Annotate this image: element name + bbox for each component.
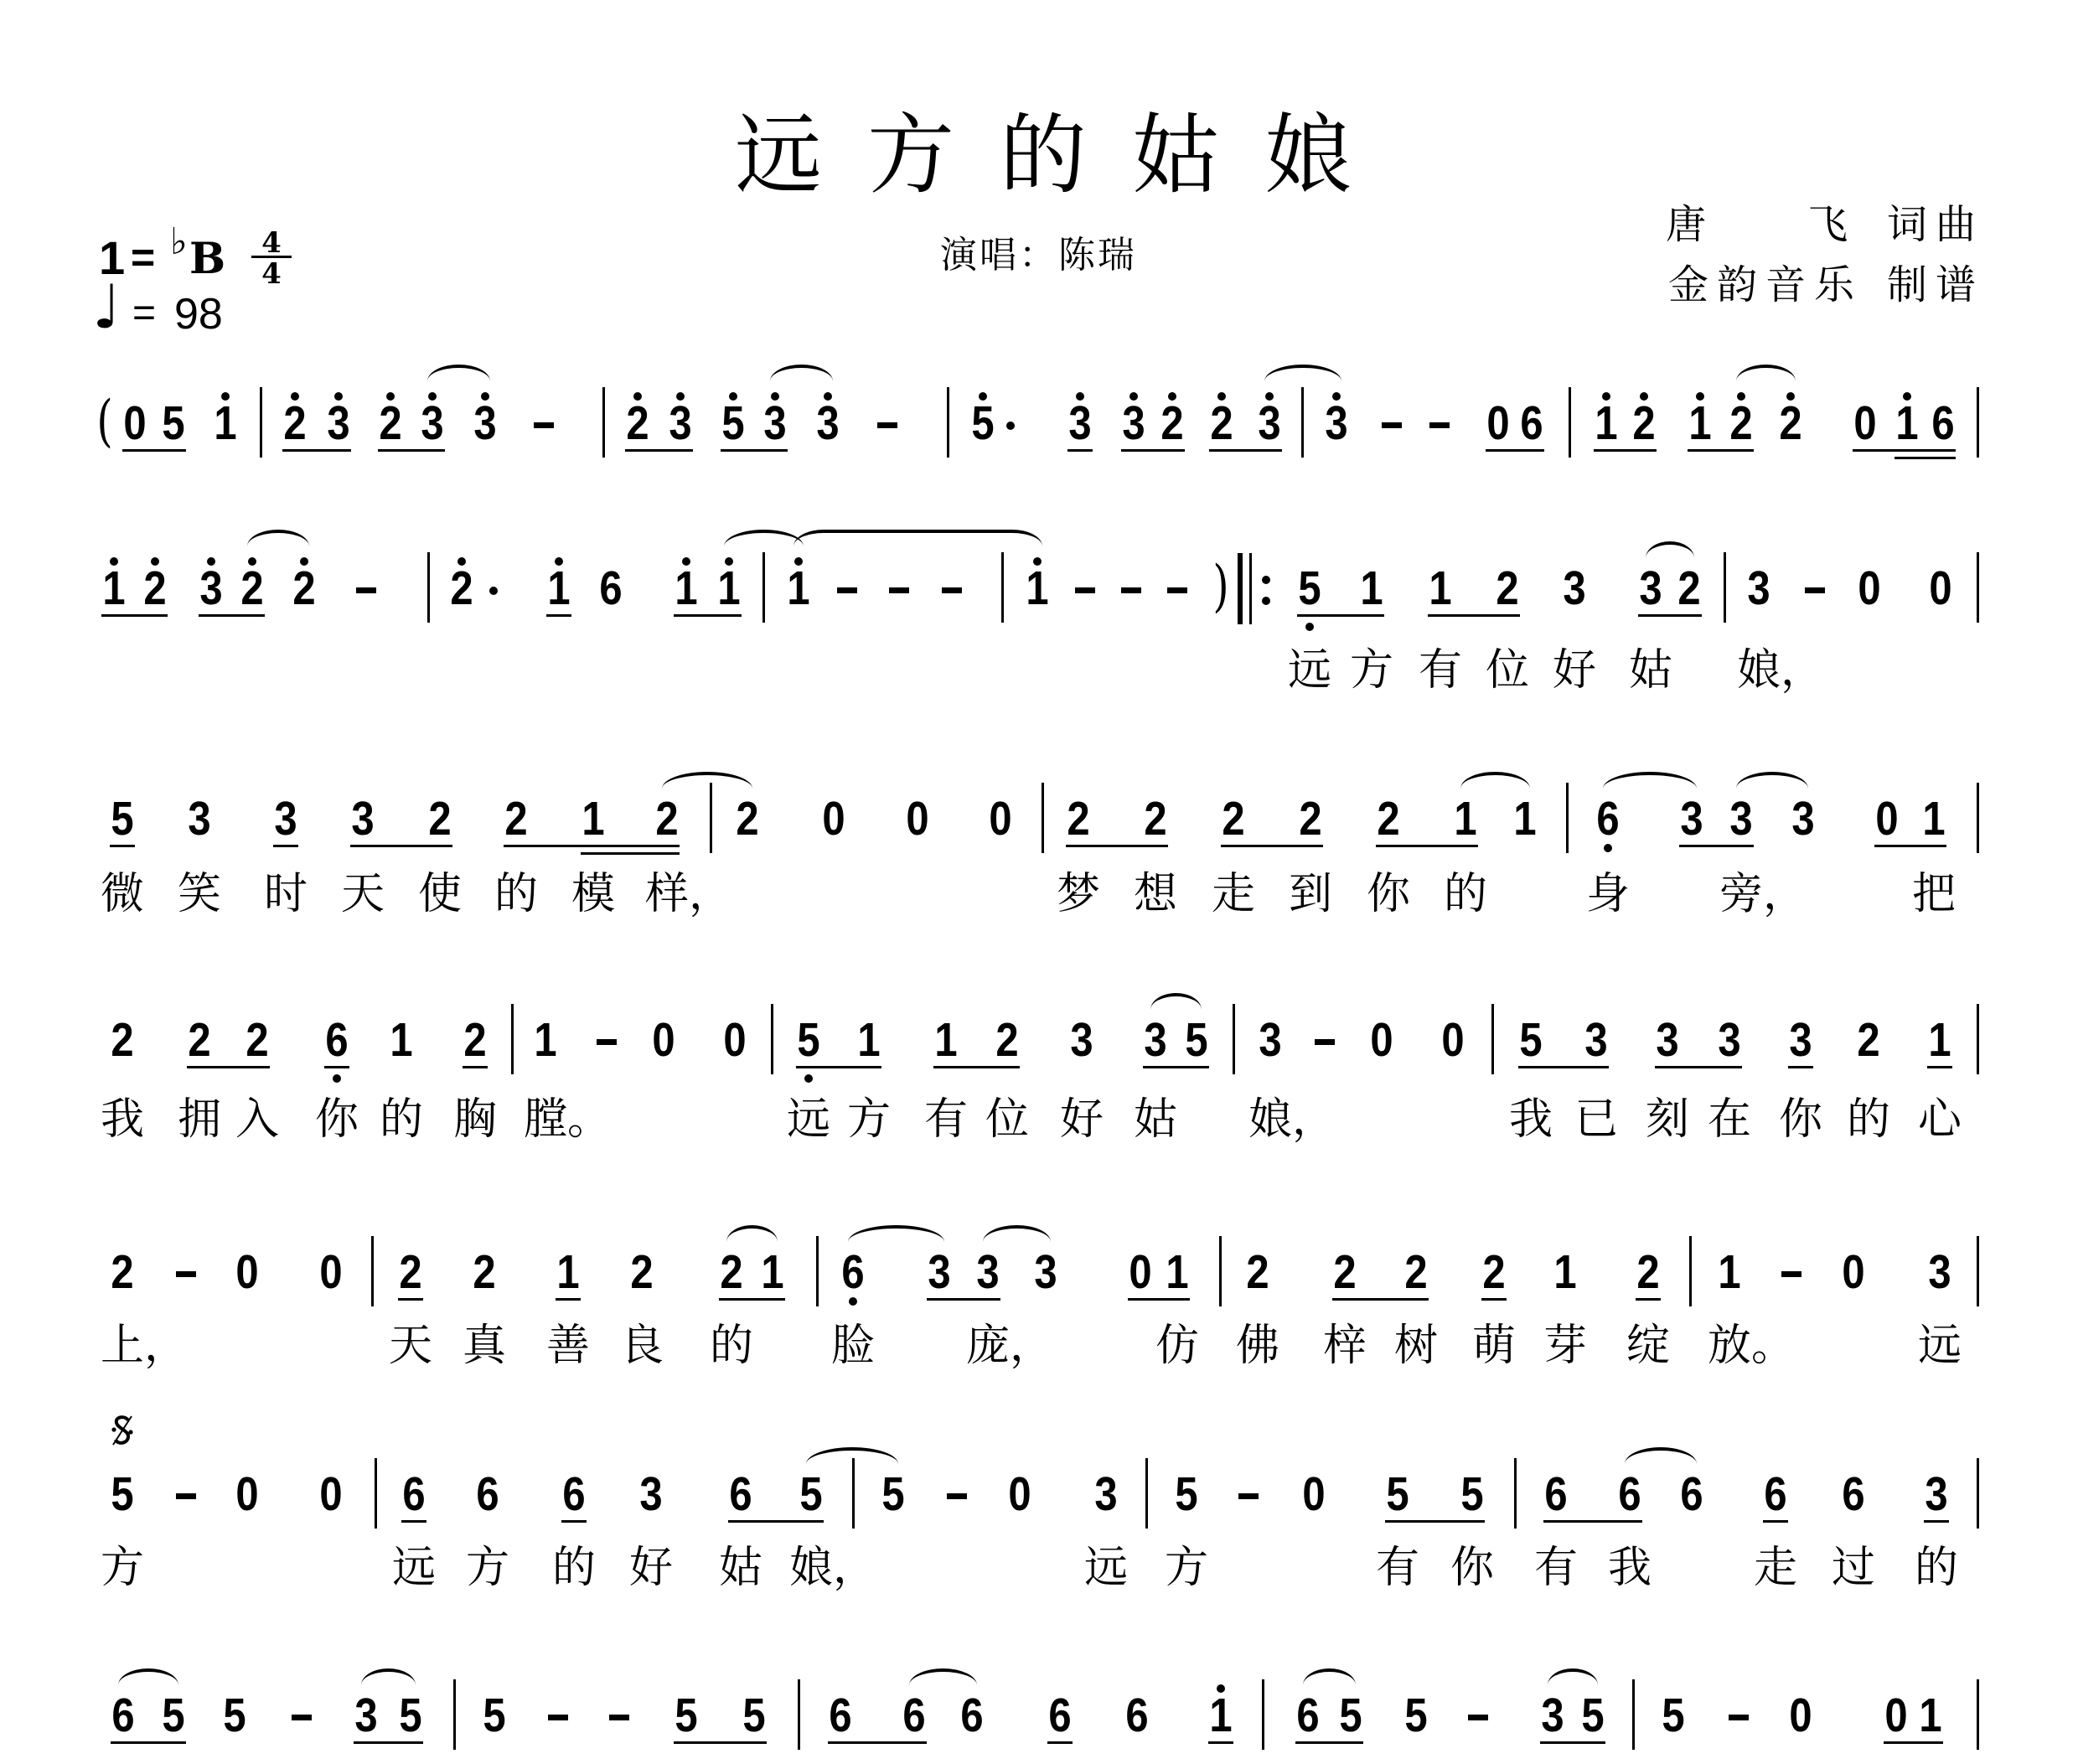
note: 3 — [271, 795, 300, 843]
sustain-dash — [889, 587, 909, 593]
lyric-syllable: 你 — [1367, 872, 1410, 916]
note: 6 — [1046, 1692, 1074, 1740]
augmentation-dot — [489, 587, 498, 595]
note: 3 — [1067, 1016, 1096, 1064]
note: 6 — [1839, 1471, 1868, 1518]
sustain-dash — [1167, 587, 1187, 593]
bar-line — [852, 1458, 855, 1529]
bar-line — [771, 1004, 773, 1074]
beam-underline — [101, 614, 168, 617]
note: 6 — [1517, 400, 1546, 447]
lyric-syllable: 天 — [341, 872, 385, 916]
note: 0 — [1851, 400, 1879, 447]
note: 5 — [480, 1692, 509, 1740]
note: 3 — [1031, 1249, 1060, 1296]
note: 5 — [108, 795, 137, 843]
note: 0 — [1367, 1016, 1396, 1064]
note: 2 — [1727, 400, 1755, 447]
note: 5 — [159, 1692, 188, 1740]
bar-line — [1514, 1458, 1517, 1529]
note: 2 — [502, 795, 530, 843]
sustain-dash — [1468, 1715, 1488, 1720]
note: 0 — [1839, 1249, 1868, 1296]
lyric-syllable: 有 — [1376, 1546, 1419, 1590]
note: 3 — [1745, 565, 1773, 613]
slur-arc — [724, 530, 804, 546]
sustain-dash — [1238, 1493, 1259, 1499]
slur-arc — [1603, 772, 1697, 789]
lyric-syllable: 姑 — [719, 1546, 762, 1590]
lyric-syllable: 有 — [1534, 1546, 1578, 1590]
note: 1 — [1511, 795, 1539, 843]
note: 0 — [121, 400, 149, 447]
note: 5 — [1336, 1692, 1365, 1740]
slur-arc — [1646, 541, 1694, 558]
repeat-start-thin-line — [1249, 553, 1252, 624]
sustain-dash — [947, 1493, 967, 1499]
note: 1 — [579, 795, 607, 843]
beam-underline — [1209, 449, 1282, 452]
bar-line — [1724, 552, 1726, 623]
octave-dot-high — [1076, 392, 1084, 401]
slur-arc — [1460, 772, 1530, 789]
note: 6 — [1615, 1471, 1644, 1518]
beam-underline — [378, 449, 445, 452]
lyric-syllable: 我 — [101, 1098, 144, 1141]
octave-dot-high — [428, 392, 437, 401]
note: 2 — [243, 1016, 271, 1064]
lyric-syllable: 位 — [985, 1098, 1029, 1141]
octave-dot-high — [633, 392, 642, 401]
lyric-syllable: 走 — [1212, 872, 1255, 916]
note: 1 — [855, 1016, 883, 1064]
beam-underline — [273, 845, 298, 847]
bar-line — [1145, 1458, 1148, 1529]
sustain-dash — [942, 587, 962, 593]
bar-line — [798, 1679, 800, 1750]
note: 5 — [108, 1471, 137, 1518]
note: 2 — [1630, 400, 1658, 447]
bar-line — [371, 1236, 374, 1306]
lyric-syllable: 娘， — [1248, 1098, 1336, 1141]
bar-line — [1566, 783, 1569, 853]
sustain-dash — [1805, 587, 1825, 593]
beam-underline — [556, 1298, 581, 1301]
note: 2 — [653, 795, 681, 843]
note: 3 — [1789, 795, 1817, 843]
beam-underline — [1128, 1298, 1190, 1301]
beam-underline — [1927, 1066, 1952, 1068]
note: 2 — [396, 1249, 425, 1296]
lyric-syllable: 位 — [1486, 649, 1529, 692]
note: 5 — [220, 1692, 249, 1740]
note: 0 — [903, 795, 932, 843]
beam-underline — [111, 1741, 186, 1744]
note: 6 — [597, 565, 625, 613]
note: 3 — [1653, 1016, 1682, 1064]
octave-dot-high — [1696, 392, 1704, 401]
beam-underline — [187, 1066, 270, 1068]
note: 6 — [109, 1692, 137, 1740]
octave-dot-high — [682, 557, 690, 566]
note: 3 — [1066, 400, 1094, 447]
note: 1 — [387, 1016, 416, 1064]
note: 1 — [100, 565, 128, 613]
note: 6 — [726, 1471, 755, 1518]
note: 0 — [1484, 400, 1512, 447]
sustain-dash — [356, 587, 376, 593]
note: 0 — [1439, 1016, 1467, 1064]
note: 2 — [733, 795, 762, 843]
octave-dot-high — [1332, 392, 1341, 401]
note: 2 — [470, 1249, 499, 1296]
note: 6 — [1594, 795, 1622, 843]
lyric-syllable: 笑 — [178, 872, 221, 916]
note: 5 — [969, 400, 997, 447]
octave-dot-high — [151, 557, 159, 566]
octave-dot-high — [207, 557, 215, 566]
beam-underline — [796, 1066, 881, 1068]
lyric-syllable: 刻 — [1646, 1098, 1689, 1141]
sustain-dash — [1121, 587, 1141, 593]
octave-dot-high — [1640, 392, 1648, 401]
note: 1 — [1163, 1249, 1191, 1296]
lyric-syllable: 的 — [710, 1324, 753, 1368]
lyric-syllable: 远 — [1084, 1546, 1128, 1590]
slur-arc — [726, 1225, 778, 1242]
sustain-dash — [609, 1715, 629, 1720]
note: 3 — [1538, 1692, 1567, 1740]
octave-dot-high — [1033, 557, 1042, 566]
lyric-syllable: 仿 — [1155, 1324, 1199, 1368]
note: 6 — [839, 1249, 867, 1296]
lyric-syllable: 姑 — [1629, 649, 1672, 692]
lyric-syllable: 的 — [494, 872, 538, 916]
note: 2 — [1158, 400, 1186, 447]
octave-dot-high — [676, 392, 685, 401]
octave-dot-low — [804, 1074, 813, 1083]
beam-underline — [122, 449, 186, 452]
bar-line — [1042, 783, 1044, 853]
repeat-start-thick-line — [1238, 553, 1243, 624]
note: 0 — [1926, 565, 1955, 613]
slur-arc — [1303, 1668, 1356, 1685]
beam-underline — [1428, 614, 1520, 617]
bar-line — [1977, 783, 1979, 853]
lyric-syllable: 善 — [546, 1324, 590, 1368]
beam-underline — [1655, 1066, 1742, 1068]
lyric-syllable: 的 — [1847, 1098, 1890, 1141]
augmentation-dot — [1006, 422, 1015, 430]
note: 1 — [758, 1249, 787, 1296]
octave-dot-high — [386, 392, 395, 401]
note: 6 — [1929, 400, 1957, 447]
lyric-syllable: 把 — [1912, 872, 1956, 916]
note: 5 — [1659, 1692, 1688, 1740]
lyric-syllable: 想 — [1134, 872, 1177, 916]
note: 3 — [761, 400, 789, 447]
bar-line — [1301, 387, 1304, 458]
octave-dot-high — [1903, 392, 1911, 401]
note: 3 — [814, 400, 842, 447]
lyric-syllable: 胸 — [453, 1098, 497, 1141]
lyric-syllable: 微 — [101, 872, 144, 916]
octave-dot-high — [979, 392, 987, 401]
note: 3 — [352, 1692, 380, 1740]
bar-line — [1219, 1236, 1222, 1306]
note: 5 — [159, 400, 188, 447]
note: 1 — [1451, 795, 1480, 843]
lyric-syllable: 方 — [1165, 1546, 1208, 1590]
octave-dot-high — [1602, 392, 1610, 401]
lyric-syllable: 已 — [1574, 1098, 1618, 1141]
lyric-syllable: 的 — [1915, 1546, 1958, 1590]
octave-dot-high — [221, 392, 230, 401]
lyric-syllable: 你 — [1779, 1098, 1822, 1141]
sustain-dash — [1382, 422, 1402, 428]
slur-arc — [909, 1668, 977, 1685]
beam-underline — [1874, 845, 1946, 847]
lyric-syllable: 远 — [1288, 649, 1331, 692]
note: 2 — [461, 1016, 489, 1064]
lyric-syllable: 远 — [1918, 1324, 1962, 1368]
note: 2 — [141, 565, 169, 613]
lyric-syllable: 脸 — [831, 1324, 875, 1368]
octave-dot-high — [555, 557, 563, 566]
sustain-dash — [176, 1493, 196, 1499]
bar-line — [1491, 1004, 1494, 1074]
lyric-syllable: 树 — [1394, 1324, 1438, 1368]
beam-underline — [1763, 1520, 1788, 1523]
note: 3 — [324, 400, 353, 447]
beam-underline — [1486, 449, 1544, 452]
note: 2 — [1402, 1249, 1430, 1296]
note: 2 — [281, 400, 309, 447]
note: 3 — [349, 795, 377, 843]
beam-underline — [1121, 449, 1185, 452]
lyric-syllable: 放。 — [1708, 1324, 1795, 1368]
octave-dot-high — [248, 557, 256, 566]
octave-dot-high — [334, 392, 343, 401]
note: 3 — [1141, 1016, 1170, 1064]
lyric-syllable: 在 — [1708, 1098, 1751, 1141]
note: 1 — [784, 565, 813, 613]
note: 6 — [400, 1471, 428, 1518]
close-parenthesis: ) — [1212, 559, 1231, 614]
octave-dot-high — [824, 392, 832, 401]
lyric-syllable: 时 — [264, 872, 308, 916]
beam-underline — [1047, 1741, 1073, 1744]
note: 1 — [1893, 400, 1921, 447]
note: 2 — [108, 1016, 137, 1064]
beam-underline — [1540, 1741, 1605, 1744]
beam-underline — [674, 1741, 767, 1744]
note: 6 — [900, 1692, 928, 1740]
note: 3 — [1255, 400, 1284, 447]
sustain-dash — [548, 1715, 568, 1720]
note: 1 — [1926, 1016, 1954, 1064]
bar-line — [762, 552, 765, 623]
note: 1 — [1551, 1249, 1579, 1296]
lyric-syllable: 我 — [1509, 1098, 1553, 1141]
note: 0 — [721, 1016, 749, 1064]
beam-underline — [674, 614, 742, 617]
beam-underline — [401, 1520, 426, 1523]
note: 1 — [1207, 1692, 1235, 1740]
note: 3 — [418, 400, 447, 447]
note: 0 — [1786, 1692, 1815, 1740]
lyric-syllable: 姑 — [1134, 1098, 1177, 1141]
beam-underline — [1679, 845, 1754, 847]
note: 1 — [1426, 565, 1455, 613]
bar-line — [453, 1679, 456, 1750]
note: 5 — [396, 1692, 425, 1740]
note: 3 — [471, 400, 499, 447]
sustain-dash — [1429, 422, 1450, 428]
note: 3 — [666, 400, 695, 447]
beam-underline — [1208, 1741, 1233, 1744]
note: 2 — [623, 400, 652, 447]
note: 6 — [1761, 1471, 1790, 1518]
slur-arc — [806, 1447, 898, 1464]
lyric-syllable: 娘， — [1737, 649, 1824, 692]
lyric-syllable: 方 — [1350, 649, 1393, 692]
bar-line — [260, 387, 262, 458]
note: 3 — [1786, 1016, 1815, 1064]
note: 3 — [1677, 795, 1706, 843]
note: 2 — [1675, 565, 1703, 613]
note: 2 — [426, 795, 454, 843]
lyric-syllable: 使 — [418, 872, 462, 916]
slur-arc — [1264, 365, 1341, 381]
note: 1 — [1357, 565, 1386, 613]
slur-arc — [983, 1225, 1051, 1242]
lyric-syllable: 萌 — [1472, 1324, 1516, 1368]
note: 6 — [473, 1471, 502, 1518]
sustain-dash — [292, 1715, 312, 1720]
beam-underline — [1221, 845, 1323, 847]
bar-line — [1632, 1679, 1635, 1750]
note: 2 — [993, 1016, 1021, 1064]
lyric-syllable: 我 — [1608, 1546, 1652, 1590]
bar-line — [710, 783, 712, 853]
beam-underline — [463, 1066, 488, 1068]
beam-underline — [1594, 449, 1657, 452]
note: 1 — [211, 400, 240, 447]
octave-dot-high — [110, 557, 118, 566]
slur-arc — [662, 772, 752, 789]
bar-line — [1977, 552, 1979, 623]
slur-arc — [848, 1225, 944, 1242]
beam-underline — [354, 1741, 423, 1744]
note: 2 — [1374, 795, 1403, 843]
note: 0 — [1882, 1692, 1910, 1740]
slur-arc — [427, 365, 490, 381]
octave-dot-low — [1305, 623, 1314, 631]
note: 6 — [1677, 1471, 1706, 1518]
lyric-syllable: 有 — [1419, 649, 1462, 692]
beam-underline — [350, 845, 452, 847]
bar-line — [1233, 1004, 1235, 1074]
note: 2 — [1207, 400, 1236, 447]
sustain-dash — [597, 1039, 617, 1045]
beam-underline — [828, 1741, 927, 1744]
note: 2 — [1480, 1249, 1508, 1296]
bar-line — [1977, 387, 1979, 458]
lyric-syllable: 方 — [466, 1546, 509, 1590]
note: 3 — [1582, 1016, 1610, 1064]
note: 0 — [1873, 795, 1901, 843]
lyric-syllable: 你 — [1450, 1546, 1494, 1590]
note: 3 — [1119, 400, 1148, 447]
bar-line — [1977, 1004, 1979, 1074]
note: 0 — [1855, 565, 1884, 613]
bar-line — [947, 387, 949, 458]
beam-underline — [1143, 1066, 1209, 1068]
sustain-dash — [877, 422, 897, 428]
note: 3 — [1727, 795, 1755, 843]
sustain-dash — [1781, 1271, 1801, 1277]
note: 6 — [560, 1471, 588, 1518]
note: 2 — [1331, 1249, 1359, 1296]
beam-underline — [927, 1298, 1000, 1301]
lyric-syllable: 好 — [629, 1546, 673, 1590]
note: 0 — [649, 1016, 678, 1064]
note: 1 — [1686, 400, 1714, 447]
octave-dot-high — [457, 557, 466, 566]
beam-underline — [1638, 614, 1702, 617]
slur-arc — [1548, 1668, 1598, 1685]
beam-underline — [1894, 457, 1956, 459]
lyric-syllable: 远 — [787, 1098, 830, 1141]
beam-underline — [1924, 1520, 1949, 1523]
note: 6 — [1542, 1471, 1570, 1518]
slur-arc — [361, 1668, 416, 1685]
beam-underline — [1788, 1066, 1813, 1068]
slur-arc — [1736, 365, 1796, 381]
lyric-syllable: 拥 — [178, 1098, 221, 1141]
lyric-syllable: 天 — [389, 1324, 432, 1368]
bar-line — [816, 1236, 819, 1306]
note: 1 — [554, 1249, 582, 1296]
lyric-syllable: 走 — [1754, 1546, 1797, 1590]
beam-underline — [1636, 1298, 1661, 1301]
note: 3 — [1322, 400, 1351, 447]
sustain-dash — [176, 1271, 196, 1277]
octave-dot-high — [794, 557, 803, 566]
note: 2 — [1141, 795, 1170, 843]
note: 5 — [1402, 1692, 1430, 1740]
lyric-syllable: 佛 — [1236, 1324, 1279, 1368]
octave-dot-high — [1168, 392, 1176, 401]
slur-arc — [118, 1668, 178, 1685]
octave-dot-high — [1217, 1684, 1225, 1693]
octave-dot-high — [1786, 392, 1795, 401]
bar-line — [602, 387, 605, 458]
note: 3 — [925, 1249, 954, 1296]
note: 2 — [238, 565, 266, 613]
bar-line — [427, 552, 430, 623]
note: 0 — [986, 795, 1015, 843]
sustain-dash — [1075, 587, 1095, 593]
beam-underline — [561, 1520, 587, 1523]
beam-underline — [933, 1066, 1020, 1068]
note: 6 — [826, 1692, 855, 1740]
beam-underline — [1385, 1520, 1485, 1523]
note: 5 — [1182, 1016, 1211, 1064]
lyric-syllable: 模 — [571, 872, 615, 916]
beam-underline — [199, 614, 265, 617]
